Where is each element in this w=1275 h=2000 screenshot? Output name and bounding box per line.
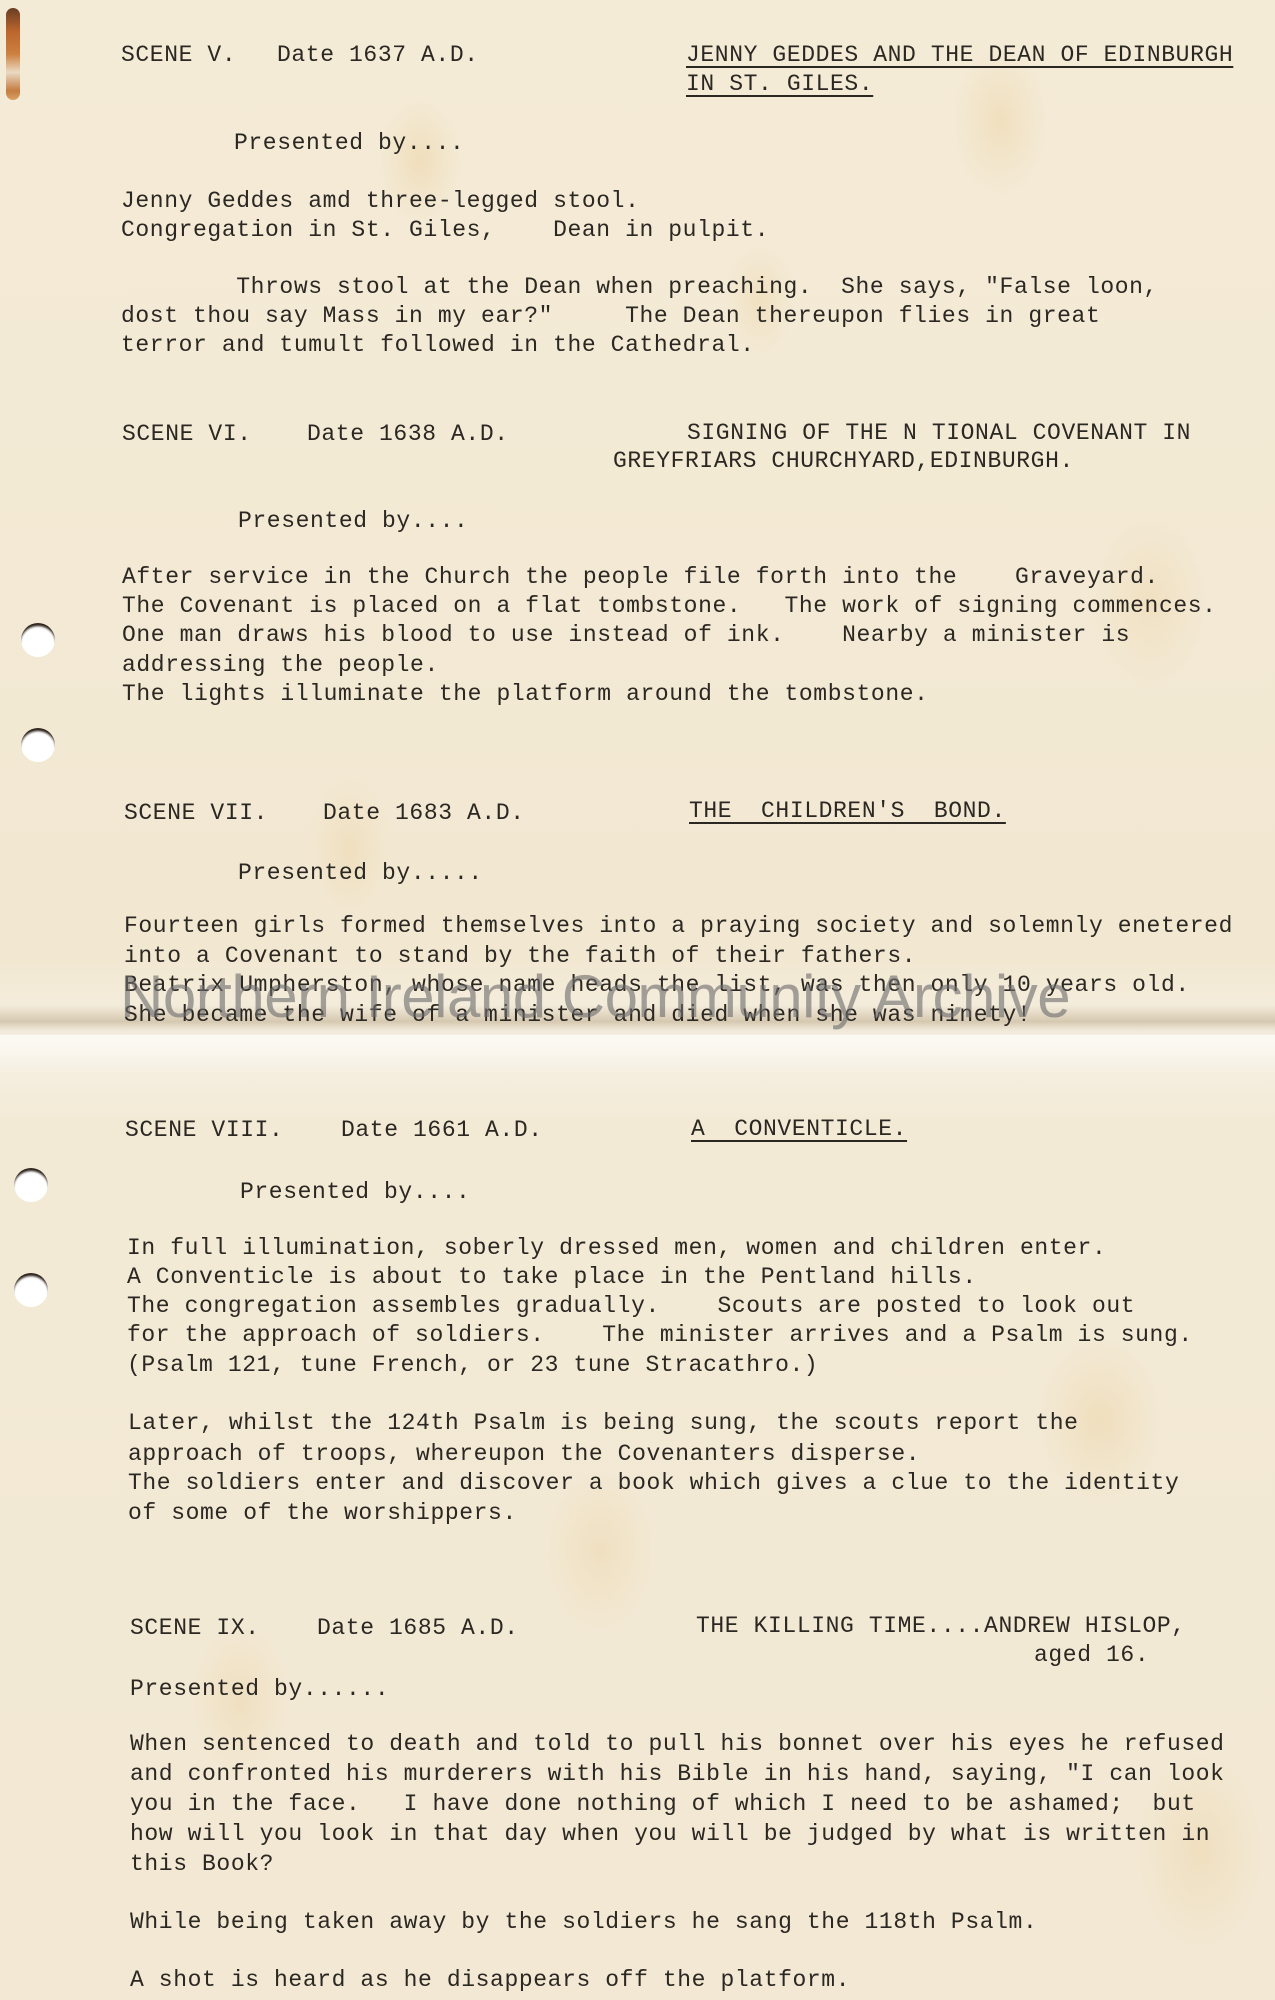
punch-hole: [14, 1273, 48, 1307]
scene-title: IN ST. GILES.: [686, 70, 873, 98]
body-line: terror and tumult followed in the Cathed…: [121, 331, 755, 359]
scene-date: Date 1683 A.D.: [323, 799, 525, 827]
scene-date: Date 1661 A.D.: [341, 1116, 543, 1144]
scene-label: SCENE V.: [121, 41, 236, 69]
body-line: Fourteen girls formed themselves into a …: [124, 912, 1233, 940]
body-line: The soldiers enter and discover a book w…: [128, 1469, 1179, 1497]
body-line: In full illumination, soberly dressed me…: [127, 1234, 1106, 1262]
body-line: addressing the people.: [122, 651, 439, 679]
body-line: Later, whilst the 124th Psalm is being s…: [128, 1409, 1079, 1437]
scene-title: JENNY GEDDES AND THE DEAN OF EDINBURGH: [686, 41, 1233, 69]
scene-date: Date 1637 A.D.: [277, 41, 479, 69]
body-line: Congregation in St. Giles, Dean in pulpi…: [121, 216, 769, 244]
presented-by: Presented by.....: [238, 859, 483, 887]
body-line: Throws stool at the Dean when preaching.…: [121, 273, 1158, 301]
body-line: A shot is heard as he disappears off the…: [130, 1966, 850, 1994]
archive-watermark: Northern Ireland Community Archive: [120, 962, 1160, 1031]
body-line: A Conventicle is about to take place in …: [127, 1263, 977, 1291]
scene-title: SIGNING OF THE N TIONAL COVENANT IN: [687, 419, 1191, 447]
presented-by: Presented by......: [130, 1675, 389, 1703]
body-line: The Covenant is placed on a flat tombsto…: [122, 592, 1217, 620]
punch-hole: [14, 1168, 48, 1202]
scene-label: SCENE IX.: [130, 1614, 260, 1642]
scene-title: THE KILLING TIME....ANDREW HISLOP,: [696, 1612, 1186, 1640]
body-line: While being taken away by the soldiers h…: [130, 1908, 1037, 1936]
body-line: this Book?: [130, 1850, 274, 1878]
body-line: The lights illuminate the platform aroun…: [122, 680, 929, 708]
body-line: (Psalm 121, tune French, or 23 tune Stra…: [127, 1351, 818, 1379]
scene-label: SCENE VII.: [124, 799, 268, 827]
scene-title: A CONVENTICLE.: [691, 1115, 907, 1143]
presented-by: Presented by....: [238, 507, 468, 535]
body-line: Jenny Geddes amd three-legged stool.: [121, 187, 639, 215]
body-line: dost thou say Mass in my ear?" The Dean …: [121, 302, 1100, 330]
body-line: you in the face. I have done nothing of …: [130, 1790, 1196, 1818]
body-line: approach of troops, whereupon the Covena…: [128, 1440, 920, 1468]
body-line: One man draws his blood to use instead o…: [122, 621, 1130, 649]
rust-stain: [6, 8, 20, 100]
body-line: and confronted his murderers with his Bi…: [130, 1760, 1225, 1788]
body-line: how will you look in that day when you w…: [130, 1820, 1210, 1848]
page-fold-highlight: [0, 1035, 1275, 1075]
scene-date: Date 1685 A.D.: [317, 1614, 519, 1642]
body-line: of some of the worshippers.: [128, 1499, 517, 1527]
scene-title: THE CHILDREN'S BOND.: [689, 797, 1006, 825]
punch-hole: [21, 728, 55, 762]
body-line: for the approach of soldiers. The minist…: [127, 1321, 1193, 1349]
body-line: When sentenced to death and told to pull…: [130, 1730, 1225, 1758]
scene-label: SCENE VI.: [122, 420, 252, 448]
scene-title: GREYFRIARS CHURCHYARD,EDINBURGH.: [613, 447, 1074, 475]
scene-label: SCENE VIII.: [125, 1116, 283, 1144]
punch-hole: [21, 623, 55, 657]
scene-date: Date 1638 A.D.: [307, 420, 509, 448]
presented-by: Presented by....: [240, 1178, 470, 1206]
presented-by: Presented by....: [234, 129, 464, 157]
scene-title: aged 16.: [1034, 1641, 1149, 1669]
body-line: The congregation assembles gradually. Sc…: [127, 1292, 1135, 1320]
body-line: After service in the Church the people f…: [122, 563, 1159, 591]
